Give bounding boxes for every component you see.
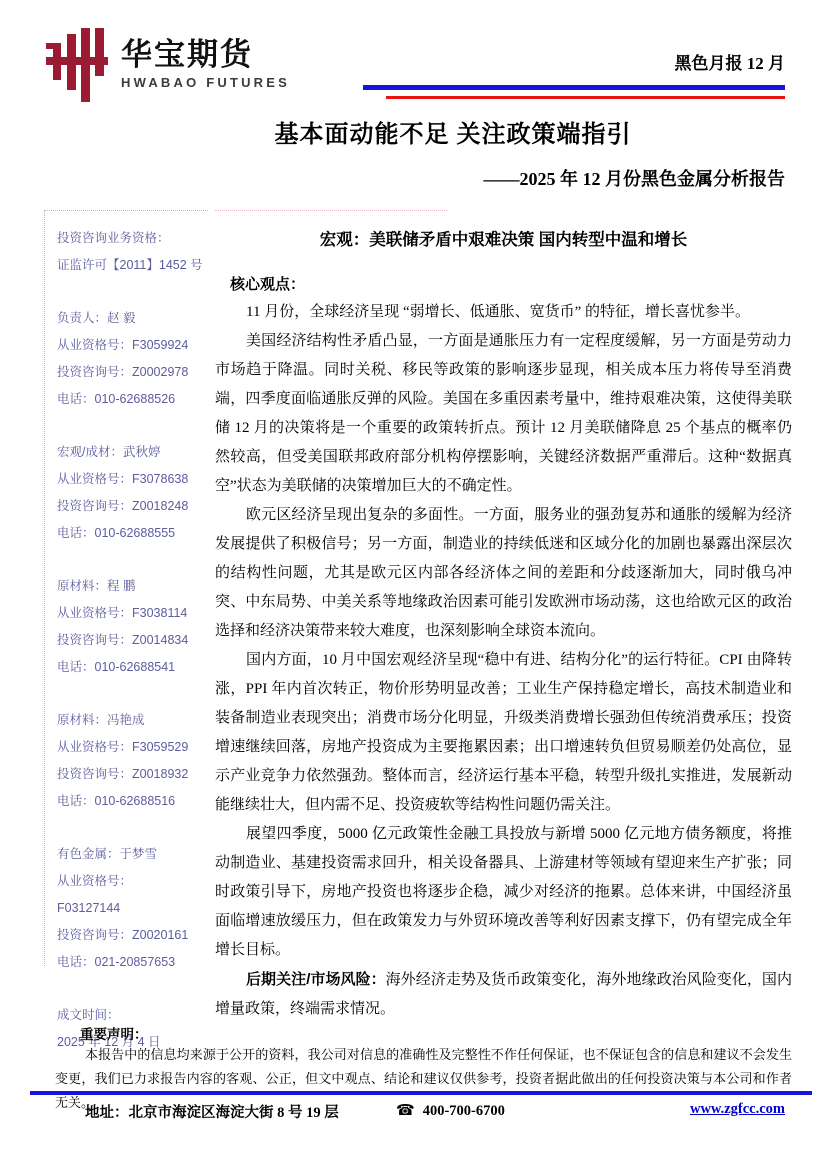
body-paragraph: 美国经济结构性矛盾凸显，一方面是通胀压力有一定程度缓解，另一方面是劳动力市场趋于… (215, 327, 792, 501)
sidebar-group: 负责人：赵 毅从业资格号：F3059924投资咨询号：Z0002978电话：01… (57, 305, 208, 413)
page-title: 基本面动能不足 关注政策端指引 (120, 114, 786, 149)
body-paragraph: 11 月份，全球经济呈现 “弱增长、低通胀、宽货币” 的特征，增长喜忧参半。 (215, 298, 792, 327)
paragraph-list: 11 月份，全球经济呈现 “弱增长、低通胀、宽货币” 的特征，增长喜忧参半。 美… (215, 298, 792, 965)
disclaimer-title: 重要声明： (80, 1023, 148, 1043)
header-rule-red (386, 96, 785, 99)
sidebar-group-lines: 负责人：赵 毅从业资格号：F3059924投资咨询号：Z0002978电话：01… (57, 305, 208, 413)
sidebar-group: 原材料：程 鹏从业资格号：F3038114投资咨询号：Z0014834电话：01… (57, 573, 208, 681)
page-subtitle: ——2025 年 12 月份黑色金属分析报告 (484, 165, 786, 191)
address-label: 地址： (85, 1105, 129, 1121)
website-link[interactable]: www.zgfcc.com (690, 1101, 785, 1118)
body-paragraph: 欧元区经济呈现出复杂的多面性。一方面，服务业的强劲复苏和通胀的缓解为经济发展提供… (215, 501, 792, 646)
logo-name-cn: 华宝期货 (121, 38, 290, 72)
company-phone: ☎400-700-6700 (396, 1101, 505, 1120)
report-type-label: 黑色月报 12 月 (675, 49, 786, 74)
risk-label: 后期关注/市场风险： (246, 971, 386, 988)
sidebar-group-lines: 原材料：冯艳成从业资格号：F3059529投资咨询号：Z0018932电话：01… (57, 707, 208, 815)
header-rule-blue (363, 85, 785, 90)
phone-number: 400-700-6700 (423, 1103, 505, 1119)
sidebar-group-lines: 有色金属：于梦雪从业资格号：F03127144投资咨询号：Z0020161电话：… (57, 841, 208, 976)
risk-paragraph: 后期关注/市场风险：海外经济走势及货币政策变化，海外地缘政治风险变化，国内增量政… (215, 965, 792, 1024)
section-title: 宏观：美联储矛盾中艰难决策 国内转型中温和增长 (215, 226, 792, 250)
phone-icon: ☎ (396, 1101, 415, 1119)
company-address: 地址：北京市海淀区海淀大街 8 号 19 层 (85, 1101, 339, 1122)
sidebar-group-lines: 宏观/成材：武秋婷从业资格号：F3078638投资咨询号：Z0018248电话：… (57, 439, 208, 547)
analyst-sidebar: 投资咨询业务资格：证监许可【2011】1452 号 负责人：赵 毅从业资格号：F… (44, 210, 208, 966)
sidebar-group: 有色金属：于梦雪从业资格号：F03127144投资咨询号：Z0020161电话：… (57, 841, 208, 976)
sidebar-group-lines: 投资咨询业务资格：证监许可【2011】1452 号 (57, 225, 208, 279)
report-page: 华宝期货 HWABAO FUTURES 黑色月报 12 月 基本面动能不足 关注… (0, 0, 826, 1169)
body-paragraph: 国内方面，10 月中国宏观经济呈现“稳中有进、结构分化”的运行特征。CPI 由降… (215, 646, 792, 820)
sidebar-group: 宏观/成材：武秋婷从业资格号：F3078638投资咨询号：Z0018248电话：… (57, 439, 208, 547)
logo-name-en: HWABAO FUTURES (121, 75, 290, 90)
core-view-label: 核心观点： (215, 273, 792, 294)
main-top-rule (215, 210, 447, 211)
body-paragraph: 展望四季度，5000 亿元政策性金融工具投放与新增 5000 亿元地方债务额度，… (215, 820, 792, 965)
sidebar-group: 投资咨询业务资格：证监许可【2011】1452 号 (57, 225, 208, 279)
logo-text: 华宝期货 HWABAO FUTURES (121, 26, 290, 90)
hwabao-logo-icon (46, 26, 108, 104)
sidebar-group-lines: 原材料：程 鹏从业资格号：F3038114投资咨询号：Z0014834电话：01… (57, 573, 208, 681)
company-logo: 华宝期货 HWABAO FUTURES (46, 26, 290, 104)
address-value: 北京市海淀区海淀大街 8 号 19 层 (129, 1105, 339, 1121)
footer-contact-row: 地址：北京市海淀区海淀大街 8 号 19 层 ☎400-700-6700 www… (0, 1101, 826, 1129)
footer-rule-blue (30, 1091, 812, 1095)
sidebar-group: 原材料：冯艳成从业资格号：F3059529投资咨询号：Z0018932电话：01… (57, 707, 208, 815)
main-content: 宏观：美联储矛盾中艰难决策 国内转型中温和增长 核心观点： 11 月份，全球经济… (215, 212, 792, 1024)
